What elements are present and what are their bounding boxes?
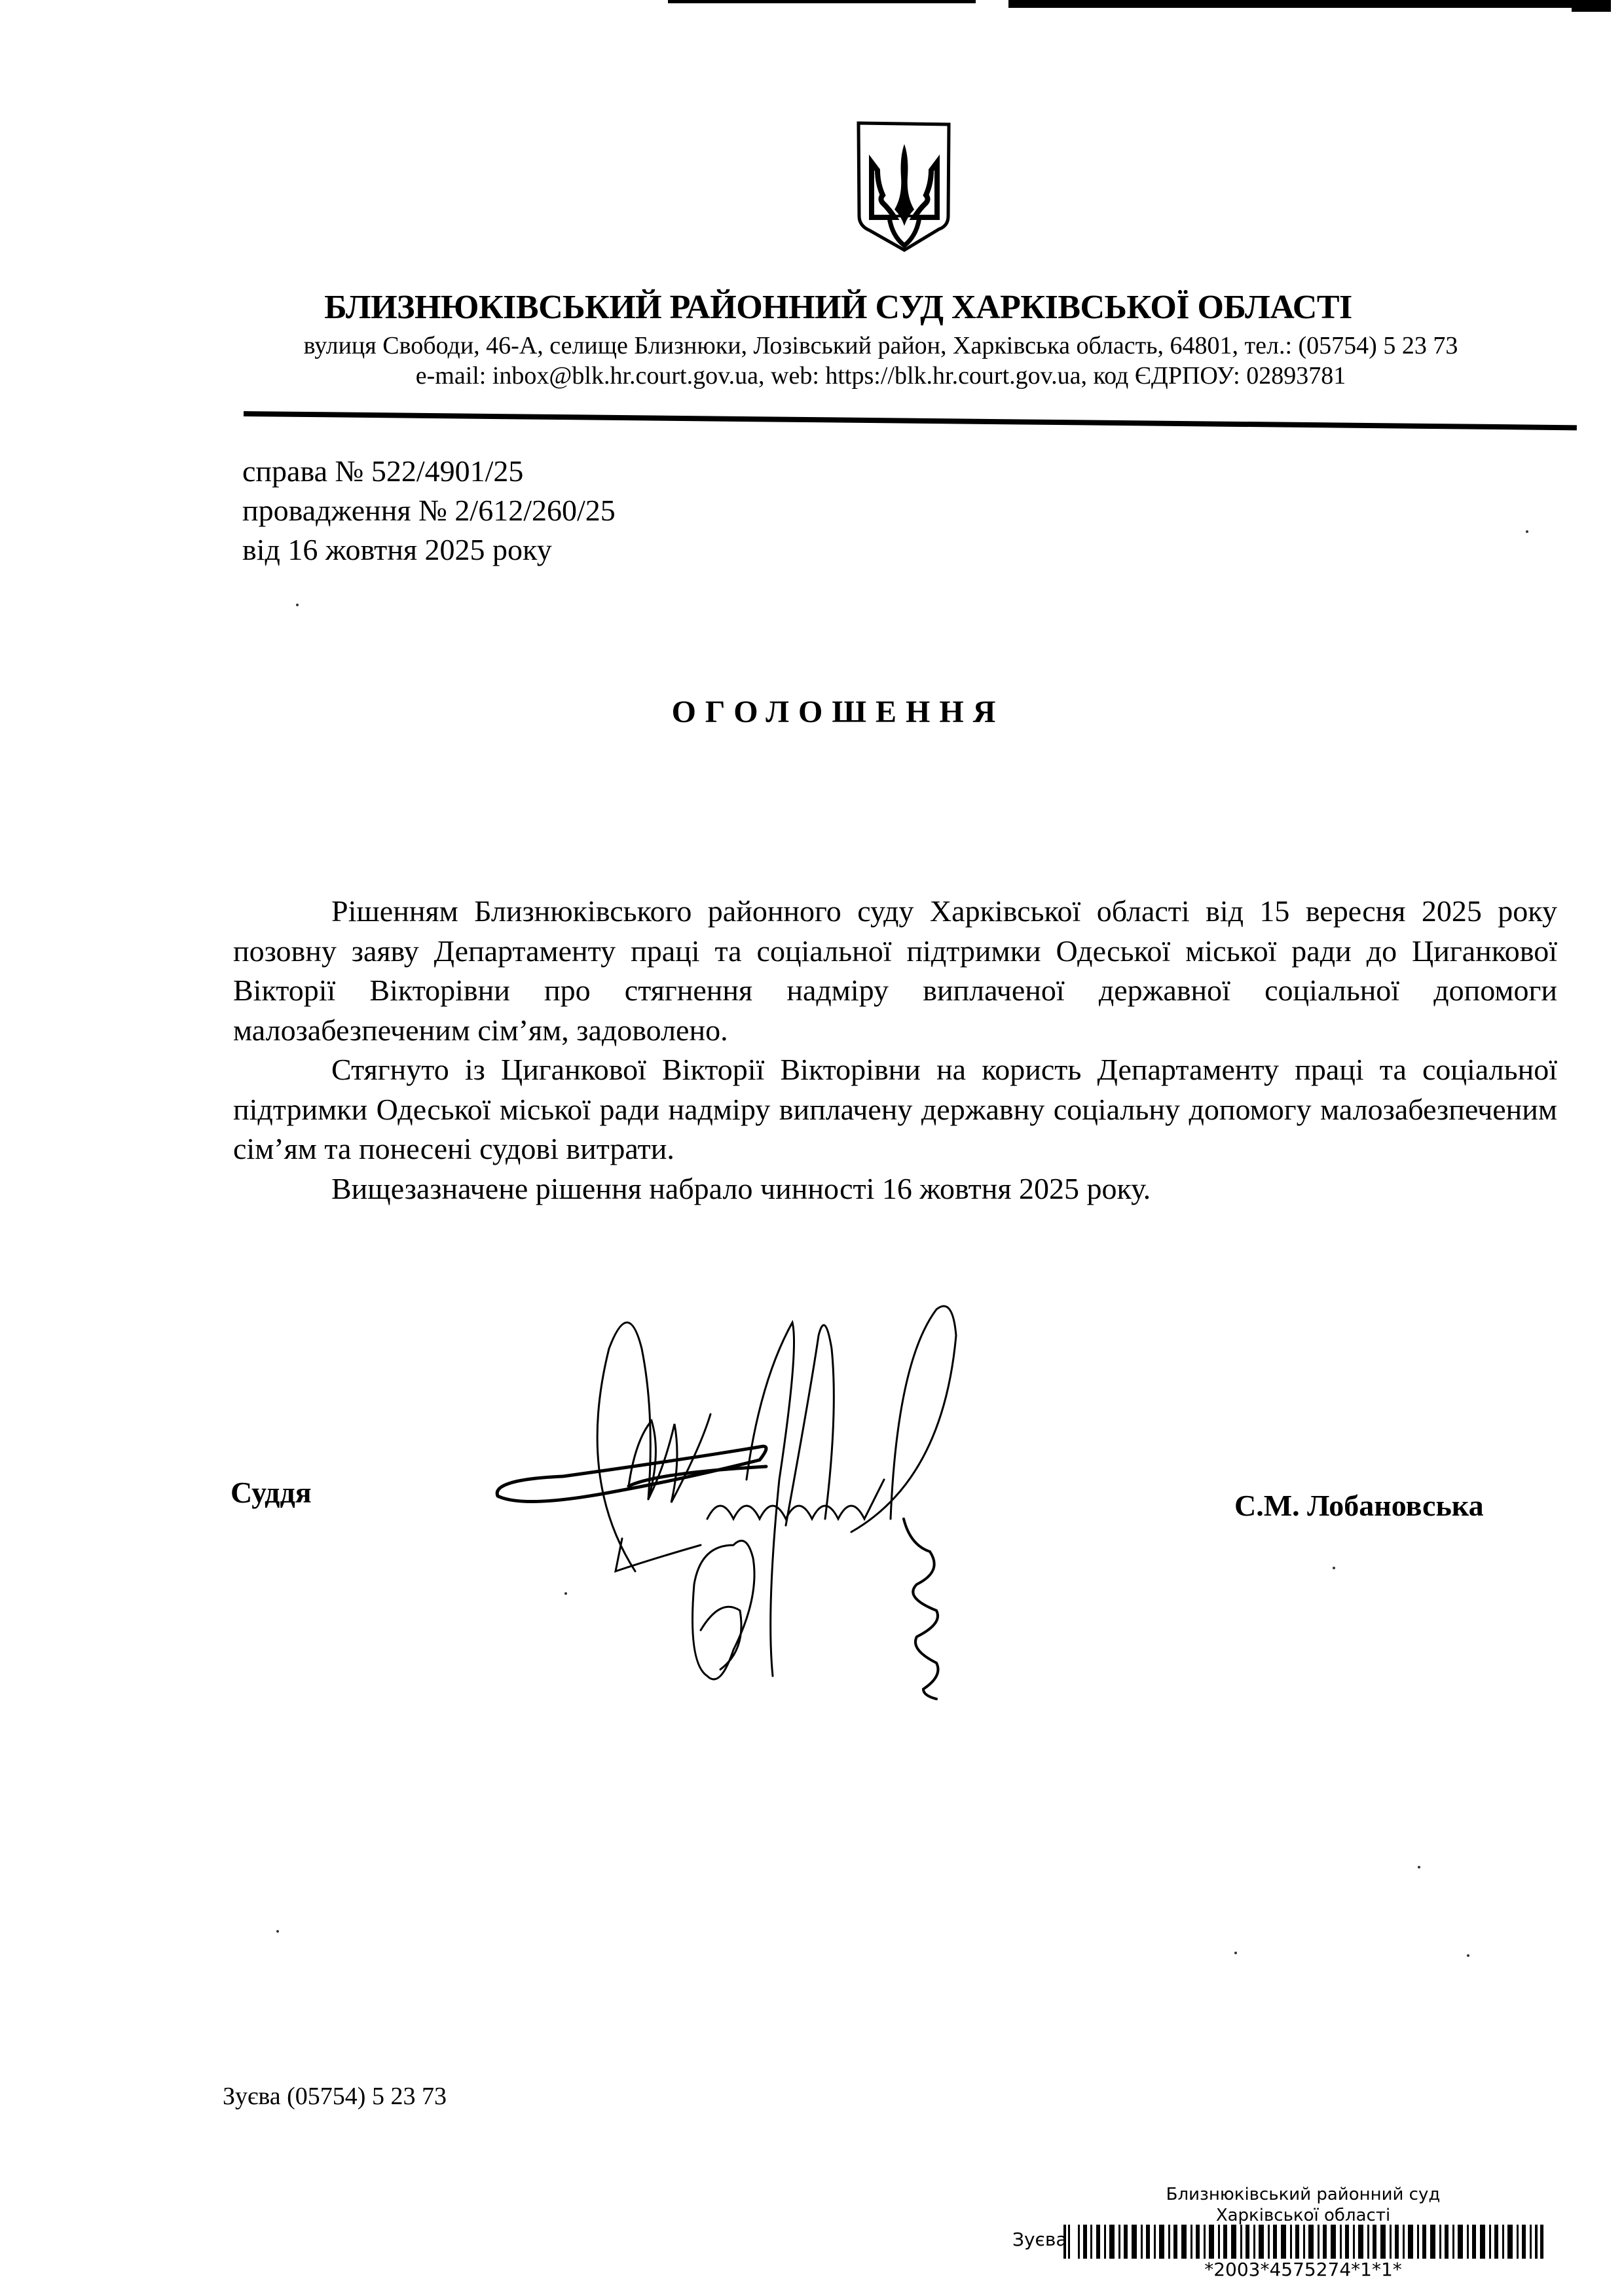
barcode-org-line1: Близнюківський районний суд [1113, 2184, 1493, 2205]
court-address: вулиця Свободи, 46-А, селище Близнюки, Л… [69, 331, 1624, 360]
barcode-icon [1063, 2225, 1544, 2259]
reference-block: справа № 522/4901/25 провадження № 2/612… [242, 452, 616, 570]
header-divider [244, 411, 1577, 430]
barcode-executor: Зуєва [1012, 2229, 1067, 2250]
document-body: Рішенням Близнюківського районного суду … [233, 892, 1557, 1209]
scan-speck [564, 1592, 567, 1595]
scan-speck [276, 1930, 279, 1933]
barcode-number: *2003*4575274*1*1* [1113, 2259, 1493, 2280]
reference-date: від 16 жовтня 2025 року [242, 530, 616, 570]
barcode-org-label: Близнюківський районний суд Харківської … [1113, 2184, 1493, 2226]
signer-role: Суддя [231, 1475, 312, 1510]
body-paragraph: Вищезазначене рішення набрало чинності 1… [233, 1169, 1557, 1209]
scan-speck [296, 604, 299, 606]
body-paragraph: Рішенням Близнюківського районного суду … [233, 892, 1557, 1050]
handwritten-signature-icon [485, 1283, 1192, 1702]
document-title: ОГОЛОШЕННЯ [26, 694, 1624, 730]
barcode-org-line2: Харківської області [1113, 2205, 1493, 2226]
court-name: БЛИЗНЮКІВСЬКИЙ РАЙОННИЙ СУД ХАРКІВСЬКОЇ … [26, 288, 1624, 327]
proceeding-number: провадження № 2/612/260/25 [242, 491, 616, 530]
scan-speck [1467, 1954, 1469, 1957]
signer-name: С.М. Лобановська [1234, 1488, 1484, 1523]
executor-contact: Зуєва (05754) 5 23 73 [223, 2082, 447, 2111]
body-paragraph: Стягнуто із Циганкової Вікторії Вікторів… [233, 1050, 1557, 1169]
scan-speck [1234, 1952, 1237, 1954]
trident-emblem-icon [855, 118, 953, 254]
scan-speck [1526, 530, 1528, 533]
scan-speck [1418, 1866, 1420, 1868]
court-contacts: e-mail: inbox@blk.hr.court.gov.ua, web: … [69, 361, 1624, 390]
case-number: справа № 522/4901/25 [242, 452, 616, 491]
scan-speck [1333, 1567, 1335, 1569]
scan-artifact-top [0, 0, 1624, 9]
